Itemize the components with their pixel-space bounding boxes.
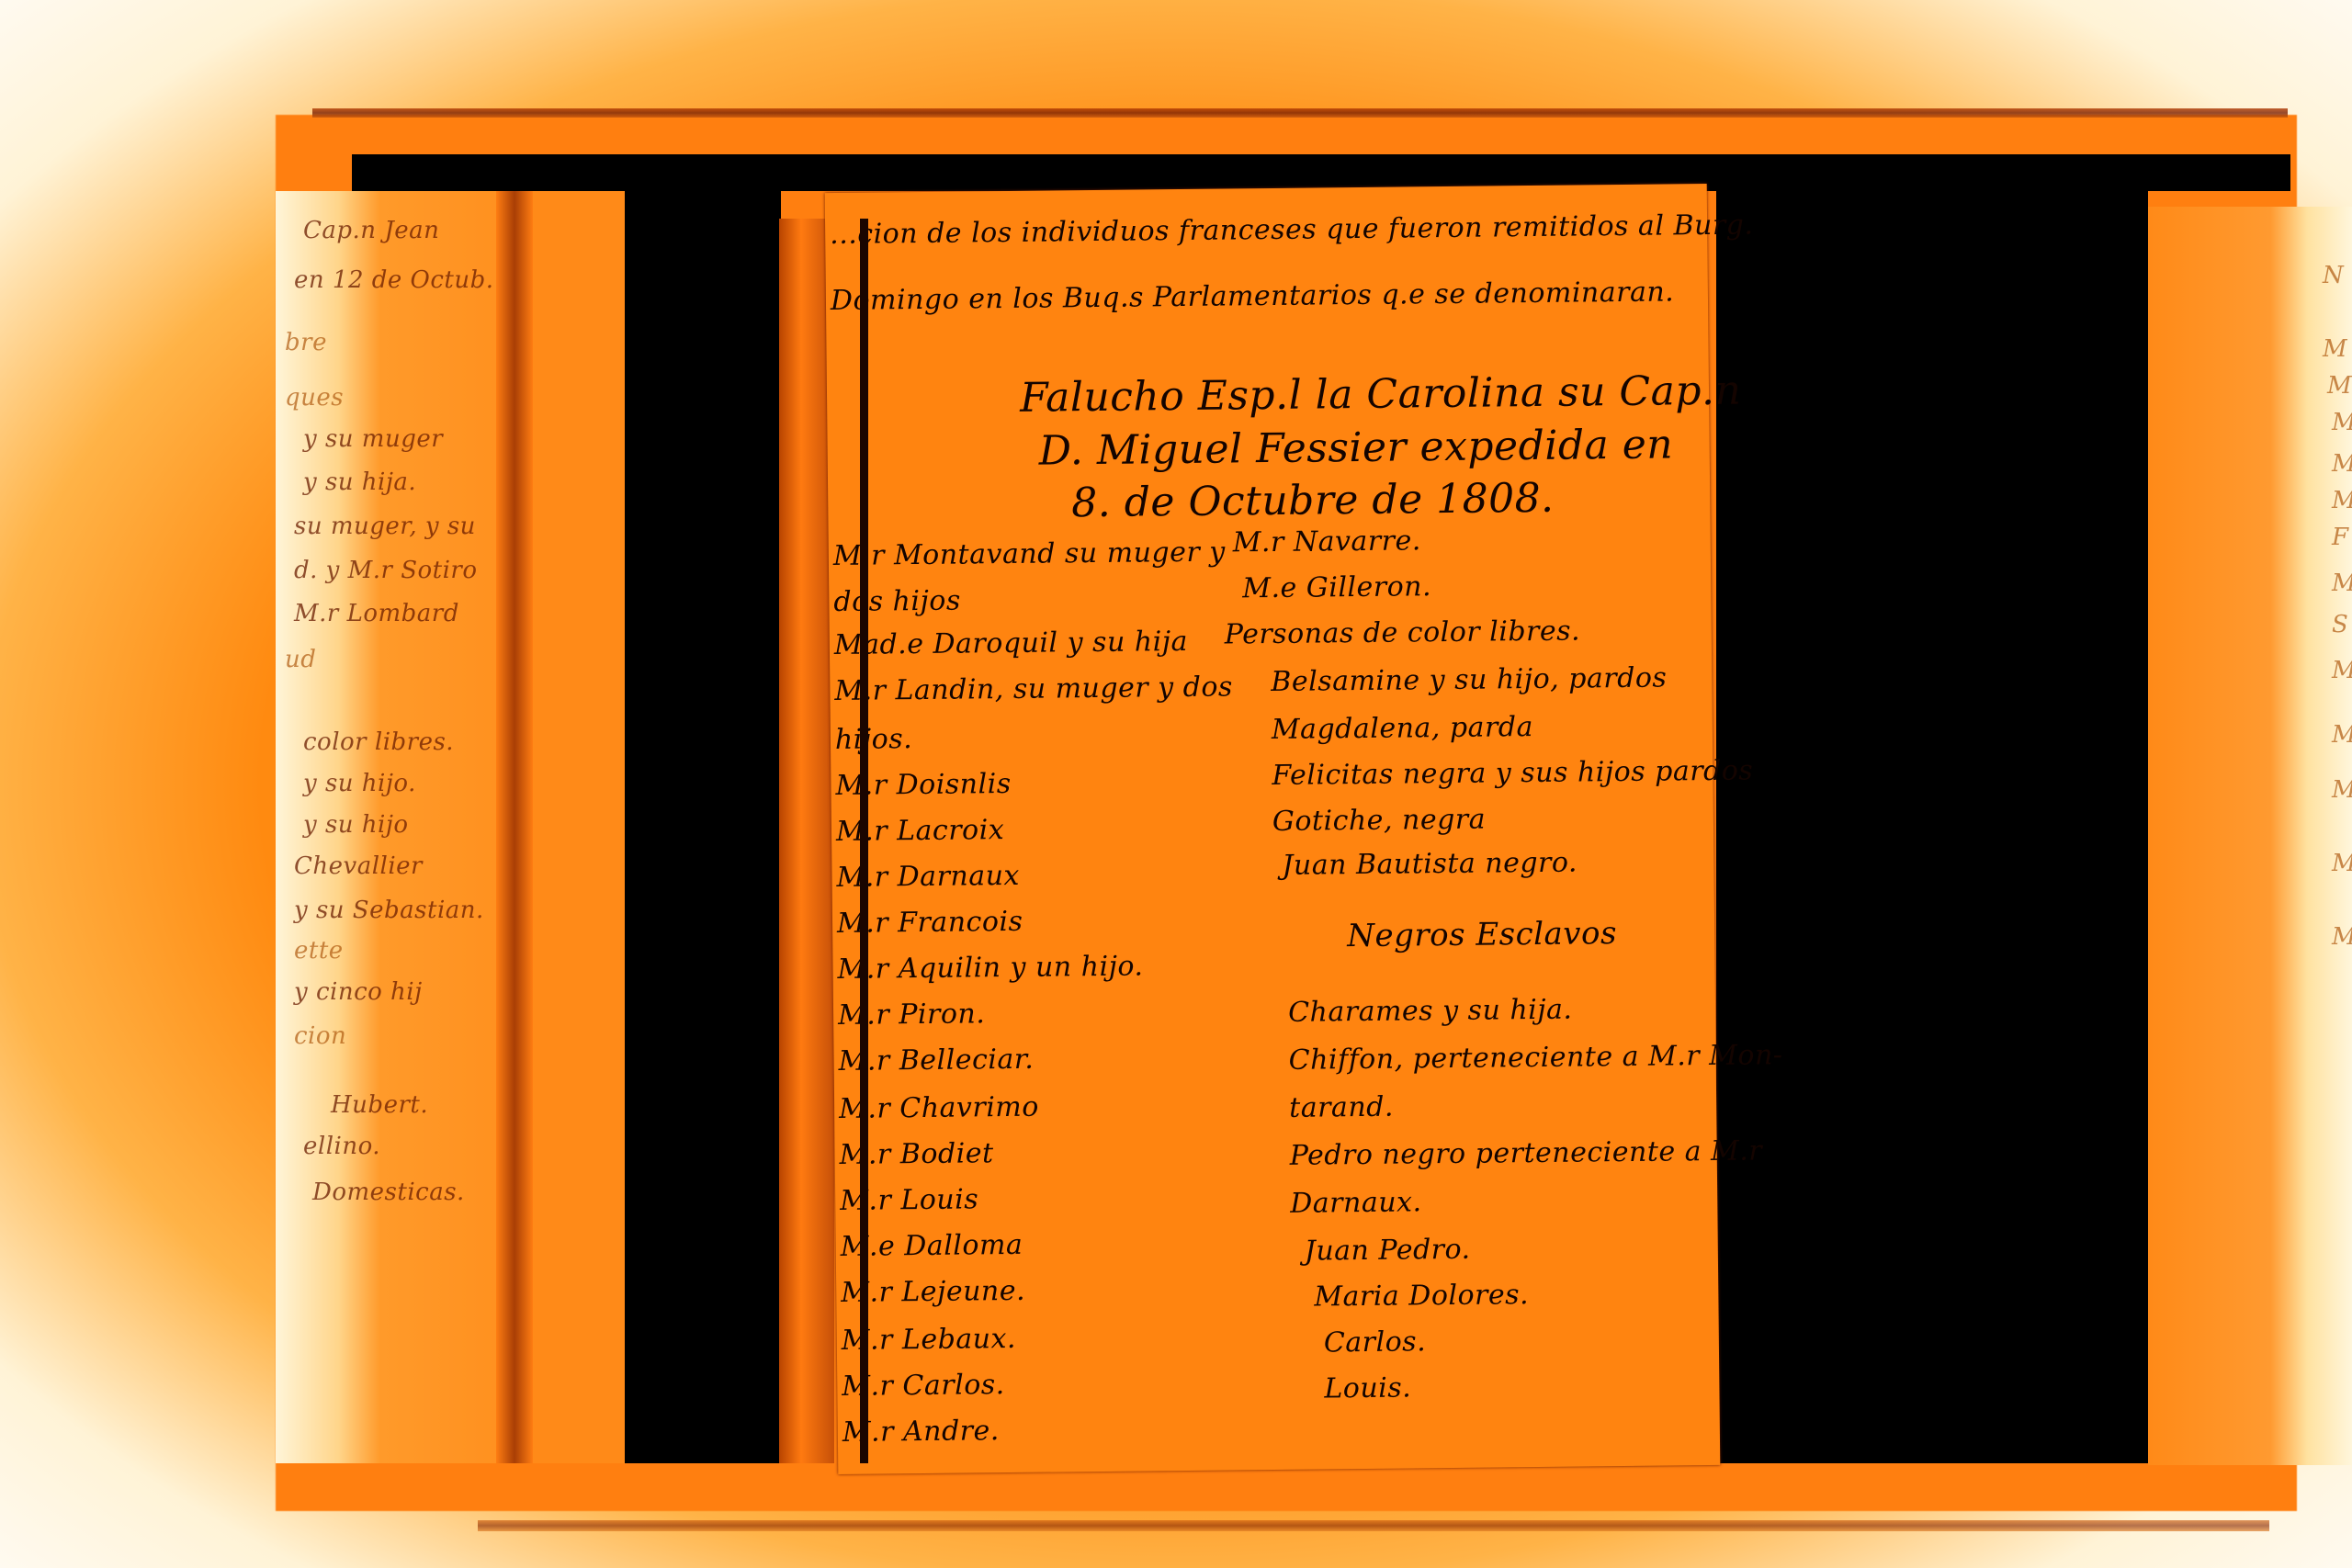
- passenger-entry: dos hijos: [833, 585, 961, 618]
- mask-right-block: [1716, 154, 2148, 1463]
- left-line: y su muger: [303, 425, 443, 453]
- left-line: y cinco hij: [294, 978, 423, 1006]
- slave-entry: Louis.: [1324, 1371, 1411, 1404]
- passenger-entry: M.r Landin, su muger y dos: [834, 671, 1233, 707]
- page-edge-line: [860, 219, 868, 1463]
- passenger-entry: M.r Chavrimo: [839, 1091, 1039, 1125]
- right-line: S: [2332, 611, 2348, 638]
- binding-spine: [779, 219, 834, 1463]
- header-line-1: ...cion de los individuos franceses que …: [830, 209, 1754, 251]
- slaves-heading: Negros Esclavos: [1347, 915, 1617, 954]
- free-persons-heading: Personas de color libres.: [1225, 615, 1581, 650]
- passenger-entry: M.r Montavand su muger y: [833, 536, 1226, 572]
- passenger-entry: M.r Aquilin y un hijo.: [837, 950, 1143, 985]
- slave-entry: Juan Pedro.: [1305, 1234, 1471, 1268]
- left-line: d. y M.r Sotiro: [294, 557, 478, 584]
- left-line: y su hija.: [303, 468, 416, 496]
- frame-top-edge: [312, 108, 2288, 118]
- passenger-entry: M.r Navarre.: [1233, 525, 1421, 558]
- right-line: M: [2332, 657, 2352, 684]
- slave-entry: Pedro negro perteneciente a M.r: [1290, 1134, 1763, 1171]
- left-line: y su hijo: [303, 811, 409, 839]
- slave-entry: Charames y su hija.: [1288, 994, 1573, 1029]
- right-line: M: [2332, 409, 2352, 436]
- mask-gutter: [625, 154, 781, 1463]
- right-line: M: [2332, 450, 2352, 478]
- right-line: M: [2332, 776, 2352, 804]
- left-line: Domesticas.: [312, 1179, 465, 1206]
- slave-entry: tarand.: [1289, 1091, 1394, 1124]
- free-person-entry: Gotiche, negra: [1272, 804, 1486, 838]
- slave-entry: Maria Dolores.: [1314, 1279, 1529, 1313]
- title-line-3: 8. de Octubre de 1808.: [1071, 475, 1555, 526]
- left-line: color libres.: [303, 728, 454, 756]
- right-line: M: [2327, 372, 2352, 400]
- right-line: M: [2332, 487, 2352, 514]
- left-line: cion: [294, 1022, 346, 1050]
- passenger-entry: M.r Lejeune.: [841, 1275, 1025, 1309]
- passenger-entry: hijos.: [835, 723, 913, 756]
- right-line: M: [2332, 721, 2352, 749]
- left-line: y su Sebastian.: [294, 897, 484, 924]
- right-line: M: [2332, 570, 2352, 597]
- left-line: y su hijo.: [303, 770, 416, 797]
- frame-bottom-edge: [478, 1520, 2269, 1531]
- left-line: Cap.n Jean: [303, 217, 439, 244]
- right-page-fragment: N M M M M M F M S M M M M M: [2148, 207, 2352, 1465]
- header-line-2: Domingo en los Buq.s Parlamentarios q.e …: [831, 276, 1675, 317]
- left-line: M.r Lombard: [294, 600, 459, 627]
- free-person-entry: Magdalena, parda: [1272, 711, 1533, 746]
- left-line: ette: [294, 937, 344, 964]
- title-line-2: D. Miguel Fessier expedida en: [1038, 421, 1673, 474]
- left-line: Hubert.: [331, 1091, 428, 1119]
- slave-entry: Carlos.: [1324, 1325, 1427, 1359]
- main-page: ...cion de los individuos franceses que …: [825, 184, 1721, 1474]
- passenger-entry: M.e Gilleron.: [1242, 570, 1431, 604]
- right-line: M: [2332, 850, 2352, 877]
- right-line: F: [2332, 524, 2349, 551]
- slave-entry: Darnaux.: [1290, 1186, 1422, 1219]
- left-line: ud: [285, 646, 316, 673]
- right-line: N: [2323, 262, 2344, 289]
- left-page-fold: [496, 191, 533, 1463]
- slave-entry: Chiffon, perteneciente a M.r Mon-: [1288, 1039, 1782, 1077]
- title-line-1: Falucho Esp.l la Carolina su Cap.n: [1020, 367, 1742, 422]
- right-line: M: [2323, 335, 2347, 363]
- free-person-entry: Juan Bautista negro.: [1282, 847, 1577, 882]
- passenger-entry: Mad.e Daroquil y su hija: [834, 626, 1188, 661]
- right-line: M: [2332, 923, 2352, 951]
- left-page-strip: [533, 191, 625, 1463]
- free-person-entry: Belsamine y su hijo, pardos: [1271, 661, 1667, 698]
- left-line: en 12 de Octub.: [294, 266, 494, 294]
- left-line: ellino.: [303, 1133, 380, 1160]
- left-line: Chevallier: [294, 852, 423, 880]
- left-line: bre: [285, 329, 327, 356]
- left-line: ques: [285, 384, 344, 412]
- free-person-entry: Felicitas negra y sus hijos pardos: [1272, 755, 1753, 792]
- left-line: su muger, y su: [294, 513, 476, 540]
